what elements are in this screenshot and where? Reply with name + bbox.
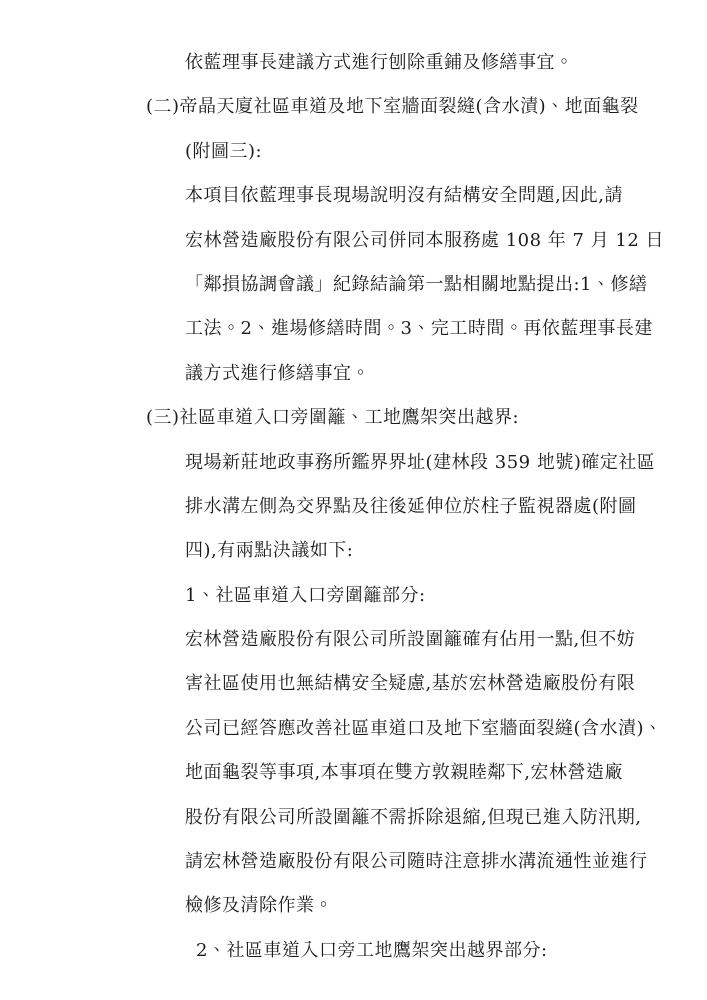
doc-line-10: 現場新莊地政事務所鑑界界址(建林段 359 地號)確定社區 [0,441,707,485]
doc-line-6: 「鄰損協調會議」紀錄結論第一點相關地點提出:1、修繕 [0,263,707,307]
doc-line-1: 依藍理事長建議方式進行刨除重鋪及修繕事宜。 [0,41,707,85]
doc-line-11: 排水溝左側為交界點及往後延伸位於柱子監視器處(附圖 [0,485,707,529]
doc-line-4: 本項目依藍理事長現場說明沒有結構安全問題,因此,請 [0,174,707,218]
doc-line-13-subitem-1: 1、社區車道入口旁圍籬部分: [0,574,707,618]
doc-line-2-section-heading: (二)帝晶天廈社區車道及地下室牆面裂縫(含水漬)、地面龜裂 [0,85,707,129]
doc-line-18: 股份有限公司所設圍籬不需拆除退縮,但現已進入防汛期, [0,796,707,840]
doc-line-8: 議方式進行修繕事宜。 [0,352,707,396]
doc-line-5: 宏林營造廠股份有限公司併同本服務處 108 年 7 月 12 日 [0,219,707,263]
doc-line-12: 四),有兩點決議如下: [0,529,707,573]
doc-line-3: (附圖三): [0,130,707,174]
doc-line-7: 工法。2、進場修繕時間。3、完工時間。再依藍理事長建 [0,307,707,351]
doc-line-19: 請宏林營造廠股份有限公司隨時注意排水溝流通性並進行 [0,840,707,884]
doc-line-15: 害社區使用也無結構安全疑慮,基於宏林營造廠股份有限 [0,662,707,706]
document-page: 依藍理事長建議方式進行刨除重鋪及修繕事宜。 (二)帝晶天廈社區車道及地下室牆面裂… [0,0,707,1000]
doc-line-9-section-heading: (三)社區車道入口旁圍籬、工地鷹架突出越界: [0,396,707,440]
doc-line-21-subitem-2: 2、社區車道入口旁工地鷹架突出越界部分: [0,929,707,973]
doc-line-17: 地面龜裂等事項,本事項在雙方敦親睦鄰下,宏林營造廠 [0,751,707,795]
doc-line-16: 公司已經答應改善社區車道口及地下室牆面裂縫(含水漬)、 [0,707,707,751]
doc-line-20: 檢修及清除作業。 [0,884,707,928]
doc-line-14: 宏林營造廠股份有限公司所設圍籬確有佔用一點,但不妨 [0,618,707,662]
